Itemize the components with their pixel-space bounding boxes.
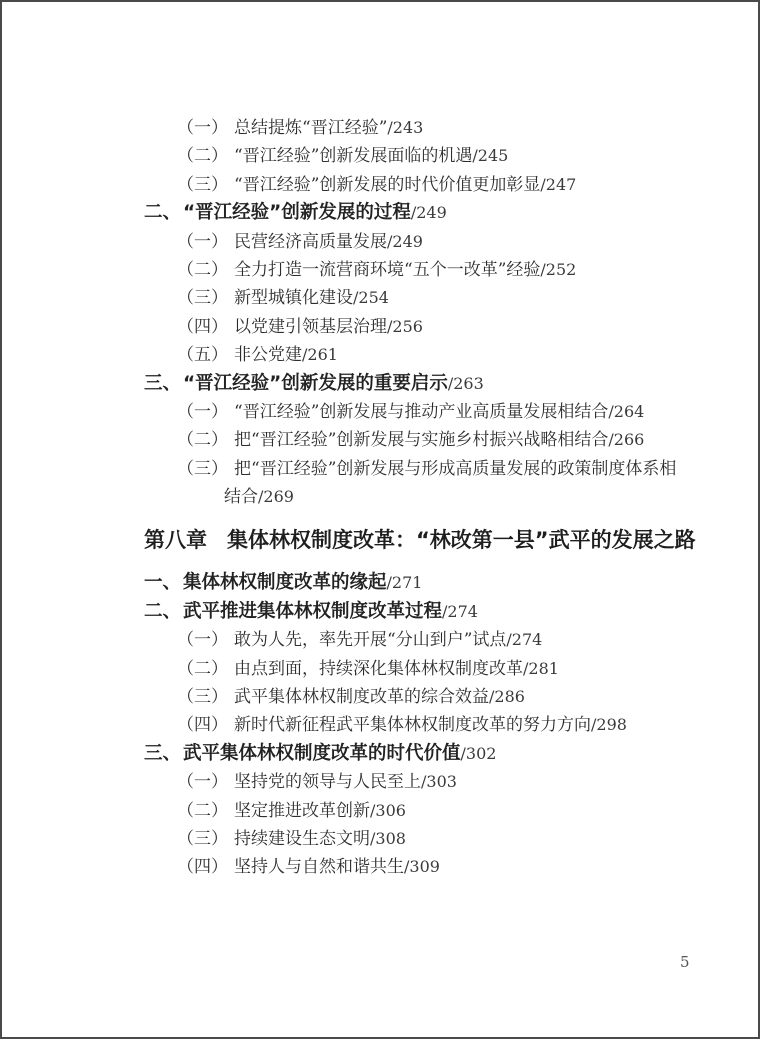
toc-entry-marker: （四） — [177, 715, 228, 735]
toc-entry-text: 新型城镇化建设 — [234, 288, 353, 308]
toc-entry: （四）新时代新征程武平集体林权制度改革的努力方向/298 — [144, 711, 758, 739]
toc-entry-page: /252 — [540, 260, 576, 279]
toc-entry-marker: （三） — [177, 687, 228, 707]
toc-entry-marker: （二） — [177, 146, 228, 166]
toc-section-heading: 三、武平集体林权制度改革的时代价值/302 — [144, 740, 758, 768]
toc-entry-marker: （三） — [177, 288, 228, 308]
toc-entry-text: 把“晋江经验”创新发展与实施乡村振兴战略相结合 — [234, 430, 608, 450]
toc-entry-marker: （四） — [177, 857, 228, 877]
toc-entry-page: /308 — [370, 829, 406, 848]
toc-entry: （一）敢为人先，率先开展“分山到户”试点/274 — [144, 626, 758, 654]
toc-entry-text: 坚持人与自然和谐共生 — [234, 857, 404, 877]
toc-entry-text: 武平集体林权制度改革的时代价值 — [183, 743, 461, 764]
toc-section-heading: 一、集体林权制度改革的缘起/271 — [144, 569, 758, 597]
toc-entry-marker: （二） — [177, 659, 228, 679]
toc-entry: （五）非公党建/261 — [144, 341, 758, 369]
toc-entry-page: /264 — [608, 402, 644, 421]
toc-entry-marker: 一、 — [144, 572, 181, 593]
toc-entry: （三）把“晋江经验”创新发展与形成高质量发展的政策制度体系相 — [144, 455, 758, 483]
toc-entry-page: /306 — [370, 801, 406, 820]
toc-entry-text: 以党建引领基层治理 — [234, 317, 387, 337]
toc-entry-text: 坚持党的领导与人民至上 — [234, 772, 421, 792]
toc-entry: （二）“晋江经验”创新发展面临的机遇/245 — [144, 142, 758, 170]
toc-entry-marker: （三） — [177, 459, 228, 479]
toc-entry-text: 新时代新征程武平集体林权制度改革的努力方向 — [234, 715, 591, 735]
toc-entry-marker: 二、 — [144, 202, 181, 223]
toc-entry: （二）全力打造一流营商环境“五个一改革”经验/252 — [144, 256, 758, 284]
toc-section-heading: 二、武平推进集体林权制度改革过程/274 — [144, 598, 758, 626]
toc-entry-text: 集体林权制度改革的缘起 — [183, 572, 387, 593]
toc-entry-text: 总结提炼“晋江经验” — [234, 118, 387, 138]
toc-entry-page: /281 — [523, 659, 559, 678]
toc-entry-text: 由点到面，持续深化集体林权制度改革 — [234, 659, 523, 679]
toc-entry-text: “晋江经验”创新发展与推动产业高质量发展相结合 — [234, 402, 608, 422]
toc-entry: （三）“晋江经验”创新发展的时代价值更加彰显/247 — [144, 171, 758, 199]
toc-entry: （三）武平集体林权制度改革的综合效益/286 — [144, 683, 758, 711]
toc-entry-page: /298 — [591, 715, 627, 734]
toc-entry-page: /266 — [608, 430, 644, 449]
toc-entry-marker: （二） — [177, 801, 228, 821]
toc-entry-text: 民营经济高质量发展 — [234, 232, 387, 252]
toc-entry: （二）由点到面，持续深化集体林权制度改革/281 — [144, 655, 758, 683]
toc-entry-page: /303 — [421, 772, 457, 791]
toc-entry-marker: 三、 — [144, 373, 181, 394]
toc-entry-marker: （一） — [177, 402, 228, 422]
book-page: （一）总结提炼“晋江经验”/243 （二）“晋江经验”创新发展面临的机遇/245… — [0, 0, 760, 1039]
toc-entry-page: /256 — [387, 317, 423, 336]
toc-entry-page: /245 — [472, 146, 508, 165]
toc-entry: （四）坚持人与自然和谐共生/309 — [144, 853, 758, 881]
page-number: 5 — [680, 952, 690, 972]
toc-entry-marker: 二、 — [144, 601, 181, 622]
toc-entry: （二）把“晋江经验”创新发展与实施乡村振兴战略相结合/266 — [144, 426, 758, 454]
toc-entry-marker: （一） — [177, 630, 228, 650]
toc-entry: （三）新型城镇化建设/254 — [144, 284, 758, 312]
toc-entry-marker: （一） — [177, 118, 228, 138]
toc-entry-continuation: 结合/269 — [144, 483, 758, 511]
toc-entry-page: /271 — [387, 573, 423, 592]
chapter-title: 集体林权制度改革：“林改第一县”武平的发展之路 — [227, 528, 696, 552]
toc-entry-text: “晋江经验”创新发展的过程 — [183, 202, 411, 223]
toc-entry-text: “晋江经验”创新发展面临的机遇 — [234, 146, 472, 166]
table-of-contents: （一）总结提炼“晋江经验”/243 （二）“晋江经验”创新发展面临的机遇/245… — [2, 2, 758, 882]
toc-entry-page: /302 — [461, 744, 497, 763]
toc-entry-text: 持续建设生态文明 — [234, 829, 370, 849]
toc-entry-page: /274 — [506, 630, 542, 649]
toc-entry: （一）民营经济高质量发展/249 — [144, 228, 758, 256]
chapter-number: 第八章 — [144, 528, 207, 552]
toc-entry: （四）以党建引领基层治理/256 — [144, 313, 758, 341]
toc-section-heading: 二、“晋江经验”创新发展的过程/249 — [144, 199, 758, 227]
toc-entry-text: 结合 — [224, 487, 258, 507]
toc-entry-text: 把“晋江经验”创新发展与形成高质量发展的政策制度体系相 — [234, 459, 676, 479]
toc-entry: （一）“晋江经验”创新发展与推动产业高质量发展相结合/264 — [144, 398, 758, 426]
toc-entry-page: /249 — [411, 203, 447, 222]
toc-entry-page: /309 — [404, 857, 440, 876]
toc-entry-text: “晋江经验”创新发展的重要启示 — [183, 373, 448, 394]
toc-entry-marker: （一） — [177, 772, 228, 792]
toc-entry-page: /261 — [302, 345, 338, 364]
toc-entry-page: /254 — [353, 288, 389, 307]
toc-entry-marker: （四） — [177, 317, 228, 337]
toc-entry-marker: （二） — [177, 260, 228, 280]
toc-entry-marker: （三） — [177, 175, 228, 195]
toc-entry-text: 非公党建 — [234, 345, 302, 365]
toc-entry-marker: （二） — [177, 430, 228, 450]
toc-chapter-heading: 第八章集体林权制度改革：“林改第一县”武平的发展之路 — [144, 524, 758, 556]
toc-entry: （三）持续建设生态文明/308 — [144, 825, 758, 853]
toc-entry: （一）坚持党的领导与人民至上/303 — [144, 768, 758, 796]
toc-section-heading: 三、“晋江经验”创新发展的重要启示/263 — [144, 370, 758, 398]
toc-entry: （一）总结提炼“晋江经验”/243 — [144, 114, 758, 142]
toc-entry-page: /269 — [258, 487, 294, 506]
toc-entry-text: 武平集体林权制度改革的综合效益 — [234, 687, 489, 707]
toc-entry-text: 全力打造一流营商环境“五个一改革”经验 — [234, 260, 540, 280]
toc-entry-marker: （一） — [177, 232, 228, 252]
toc-entry-page: /243 — [387, 118, 423, 137]
toc-entry-page: /247 — [540, 175, 576, 194]
toc-entry-marker: （五） — [177, 345, 228, 365]
toc-entry-text: 坚定推进改革创新 — [234, 801, 370, 821]
toc-entry-marker: （三） — [177, 829, 228, 849]
toc-entry-page: /263 — [448, 374, 484, 393]
toc-entry-text: 武平推进集体林权制度改革过程 — [183, 601, 442, 622]
toc-entry-marker: 三、 — [144, 743, 181, 764]
toc-entry-page: /274 — [442, 602, 478, 621]
toc-entry-page: /249 — [387, 232, 423, 251]
toc-entry: （二）坚定推进改革创新/306 — [144, 797, 758, 825]
toc-entry-page: /286 — [489, 687, 525, 706]
toc-entry-text: 敢为人先，率先开展“分山到户”试点 — [234, 630, 506, 650]
toc-entry-text: “晋江经验”创新发展的时代价值更加彰显 — [234, 175, 540, 195]
